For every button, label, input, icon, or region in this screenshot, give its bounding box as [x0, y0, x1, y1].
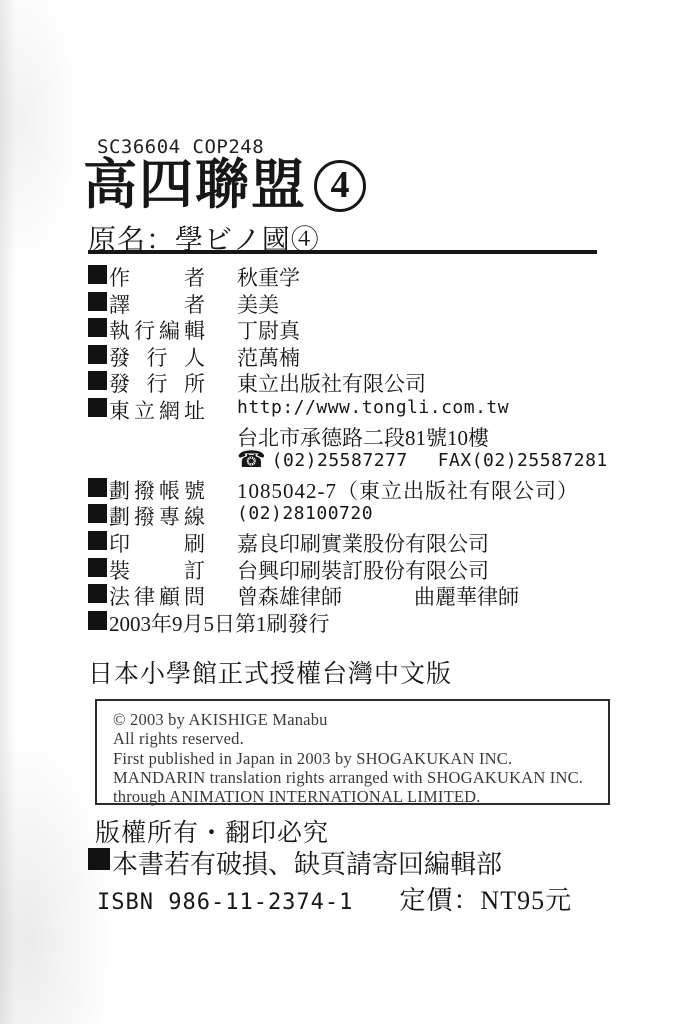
postal-hotline-number: (02)28100720: [237, 501, 373, 524]
credit-row-print-date: 2003年9月5日第1刷發行: [88, 608, 658, 635]
credit-row-address: 台北市承德路二段81號10樓: [88, 422, 658, 449]
first-printing-date: 2003年9月5日第1刷發行: [109, 608, 330, 638]
copyright-line: All rights reserved.: [113, 729, 598, 748]
bullet-square-icon: [88, 584, 107, 603]
credit-label: 法律顧問: [109, 581, 205, 611]
bullet-square-icon: [88, 558, 107, 577]
bullet-square-icon: [88, 345, 107, 364]
credit-row-publishing-house: 發行所 東立出版社有限公司: [88, 368, 658, 395]
copyright-line: First published in Japan in 2003 by SHOG…: [113, 749, 598, 768]
copyright-notice-box: © 2003 by AKISHIGE Manabu All rights res…: [95, 699, 610, 805]
isbn-number: ISBN 986-11-2374-1: [97, 890, 353, 915]
credit-label: 裝訂: [109, 555, 205, 585]
credit-row-publisher-person: 發行人 范萬楠: [88, 342, 658, 369]
bullet-square-icon: [88, 531, 107, 550]
credit-value: 嘉良印刷實業股份有限公司: [237, 528, 489, 558]
legal-advisor-2: 曲麗華律師: [414, 581, 519, 611]
damage-return-notice-row: 本書若有破損、缺頁請寄回編輯部: [88, 844, 502, 881]
credit-label: 劃撥帳號: [109, 475, 205, 505]
credit-label: 發行所: [109, 368, 205, 398]
credit-row-author: 作者 秋重学: [88, 262, 658, 289]
publisher-address: 台北市承德路二段81號10樓: [237, 422, 489, 452]
credit-row-website: 東立網址 http://www.tongli.com.tw: [88, 395, 658, 422]
price-label: 定價：NT95元: [399, 880, 572, 917]
credit-label: 執行編輯: [109, 315, 205, 345]
legal-advisor-1: 曾森雄律師: [237, 581, 342, 611]
bullet-square-icon: [88, 292, 107, 311]
credit-row-translator: 譯者 美美: [88, 289, 658, 316]
bullet-square-icon: [88, 504, 107, 523]
postal-account-number: 1085042-7（東立出版社有限公司）: [237, 475, 579, 505]
credit-row-executive-editor: 執行編輯 丁尉真: [88, 315, 658, 342]
isbn-price-row: ISBN 986-11-2374-1 定價：NT95元: [97, 880, 572, 917]
damage-return-notice: 本書若有破損、缺頁請寄回編輯部: [112, 844, 502, 881]
credit-value: 秋重学: [237, 262, 300, 292]
copyright-line: © 2003 by AKISHIGE Manabu: [113, 710, 598, 729]
credit-row-legal-advisors: 法律顧問 曾森雄律師 曲麗華律師: [88, 581, 658, 608]
phone-icon: ☎: [237, 448, 266, 472]
colophon-page: SC36604 COP248 高四聯盟4 原名：學ビノ國④ 作者 秋重学 譯者 …: [0, 0, 698, 1024]
credit-label: 印刷: [109, 528, 205, 558]
credit-value: 東立出版社有限公司: [237, 368, 426, 398]
credit-label: 東立網址: [109, 395, 205, 425]
credit-label: 發行人: [109, 342, 205, 372]
credit-row-postal-hotline: 劃撥專線 (02)28100720: [88, 501, 658, 528]
credit-value: 台興印刷裝訂股份有限公司: [237, 555, 489, 585]
credits-list: 作者 秋重学 譯者 美美 執行編輯 丁尉真 發行人 范萬楠 發行所 東立出版社有…: [88, 262, 658, 634]
bullet-square-icon: [88, 478, 107, 497]
website-url: http://www.tongli.com.tw: [237, 395, 509, 418]
credit-value: 范萬楠: [237, 342, 300, 372]
credit-row-bindery: 裝訂 台興印刷裝訂股份有限公司: [88, 555, 658, 582]
bullet-square-icon: [88, 848, 110, 870]
bullet-square-icon: [88, 371, 107, 390]
credit-label: 劃撥專線: [109, 501, 205, 531]
title-divider-rule: [88, 250, 597, 254]
phone-number: (02)25587277: [272, 448, 408, 471]
credit-label: 作者: [109, 262, 205, 292]
taiwan-license-line: 日本小學館正式授權台灣中文版: [88, 654, 452, 690]
bullet-square-icon: [88, 611, 107, 630]
credit-row-printer: 印刷 嘉良印刷實業股份有限公司: [88, 528, 658, 555]
credit-value: 美美: [237, 289, 279, 319]
credit-value: 丁尉真: [237, 315, 300, 345]
credit-row-phone: ☎ (02)25587277 FAX(02)25587281: [88, 448, 658, 475]
credit-row-postal-account: 劃撥帳號 1085042-7（東立出版社有限公司）: [88, 475, 658, 502]
fax-number: FAX(02)25587281: [438, 448, 608, 471]
volume-circle-badge: 4: [314, 160, 366, 212]
page-title: 高四聯盟4: [83, 156, 366, 217]
volume-number: 4: [331, 165, 350, 207]
bullet-square-icon: [88, 318, 107, 337]
copyright-line: through ANIMATION INTERNATIONAL LIMITED.: [113, 787, 598, 806]
bullet-square-icon: [88, 398, 107, 417]
bullet-square-icon: [88, 265, 107, 284]
book-title-text: 高四聯盟: [83, 155, 307, 215]
credit-label: 譯者: [109, 289, 205, 319]
copyright-line: MANDARIN translation rights arranged wit…: [113, 768, 598, 787]
